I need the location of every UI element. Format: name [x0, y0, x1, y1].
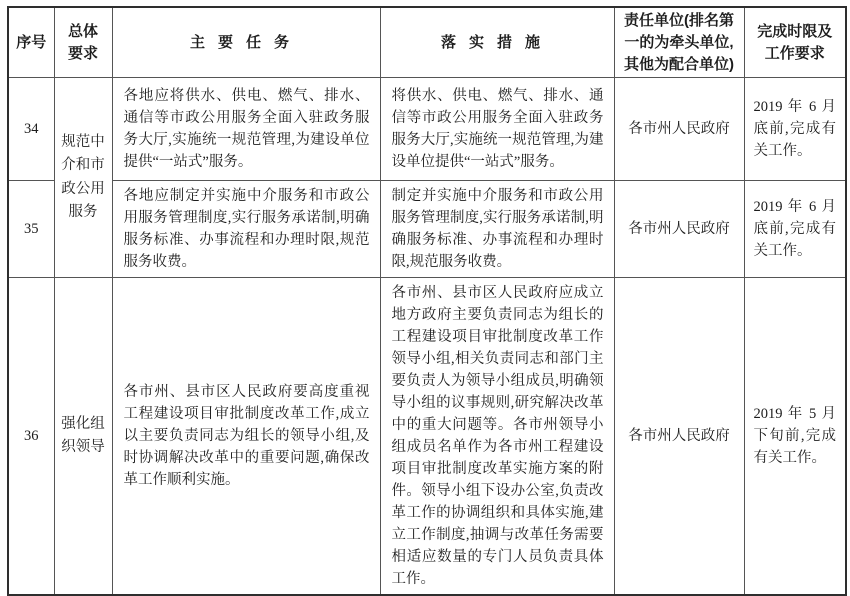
row-36-deadline: 2019 年 5 月下旬前,完成有关工作。	[744, 278, 846, 596]
header-overall-requirement: 总体 要求	[54, 7, 112, 78]
row-35-index: 35	[8, 181, 54, 278]
table-row-36: 36 强化组织领导 各市州、县市区人民政府要高度重视工程建设项目审批制度改革工作…	[8, 278, 846, 596]
row-35-measures: 制定并实施中介服务和市政公用服务管理制度,实行服务承诺制,明确服务标准、办事流程…	[380, 181, 614, 278]
row-34-deadline: 2019 年 6 月底前,完成有关工作。	[744, 78, 846, 181]
overall-requirement-row-36: 强化组织领导	[54, 278, 112, 596]
row-34-responsible: 各市州人民政府	[614, 78, 744, 181]
row-34-measures: 将供水、供电、燃气、排水、通信等市政公用服务全面入驻政务服务大厅,实施统一规范管…	[380, 78, 614, 181]
row-35-task: 各地应制定并实施中介服务和市政公用服务管理制度,实行服务承诺制,明确服务标准、办…	[112, 181, 380, 278]
row-36-measures: 各市州、县市区人民政府应成立地方政府主要负责同志为组长的工程建设项目审批制度改革…	[380, 278, 614, 596]
row-36-index: 36	[8, 278, 54, 596]
document-page: 序号 总体 要求 主要任务 落实措施 责任单位(排名第一的为牵头单位,其他为配合…	[0, 0, 850, 590]
row-35-deadline: 2019 年 6 月底前,完成有关工作。	[744, 181, 846, 278]
table-row-35: 35 各地应制定并实施中介服务和市政公用服务管理制度,实行服务承诺制,明确服务标…	[8, 181, 846, 278]
header-deadline: 完成时限及 工作要求	[744, 7, 846, 78]
header-row: 序号 总体 要求 主要任务 落实措施 责任单位(排名第一的为牵头单位,其他为配合…	[8, 7, 846, 78]
header-main-task: 主要任务	[112, 7, 380, 78]
header-responsible-unit: 责任单位(排名第一的为牵头单位,其他为配合单位)	[614, 7, 744, 78]
table-row-34: 34 规范中介和市政公用服务 各地应将供水、供电、燃气、排水、通信等市政公用服务…	[8, 78, 846, 181]
row-35-responsible: 各市州人民政府	[614, 181, 744, 278]
header-no: 序号	[8, 7, 54, 78]
header-measures: 落实措施	[380, 7, 614, 78]
task-table: 序号 总体 要求 主要任务 落实措施 责任单位(排名第一的为牵头单位,其他为配合…	[7, 6, 847, 596]
row-36-task: 各市州、县市区人民政府要高度重视工程建设项目审批制度改革工作,成立以主要负责同志…	[112, 278, 380, 596]
row-34-task: 各地应将供水、供电、燃气、排水、通信等市政公用服务全面入驻政务服务大厅,实施统一…	[112, 78, 380, 181]
row-36-responsible: 各市州人民政府	[614, 278, 744, 596]
row-34-index: 34	[8, 78, 54, 181]
overall-requirement-rows-34-35: 规范中介和市政公用服务	[54, 78, 112, 278]
